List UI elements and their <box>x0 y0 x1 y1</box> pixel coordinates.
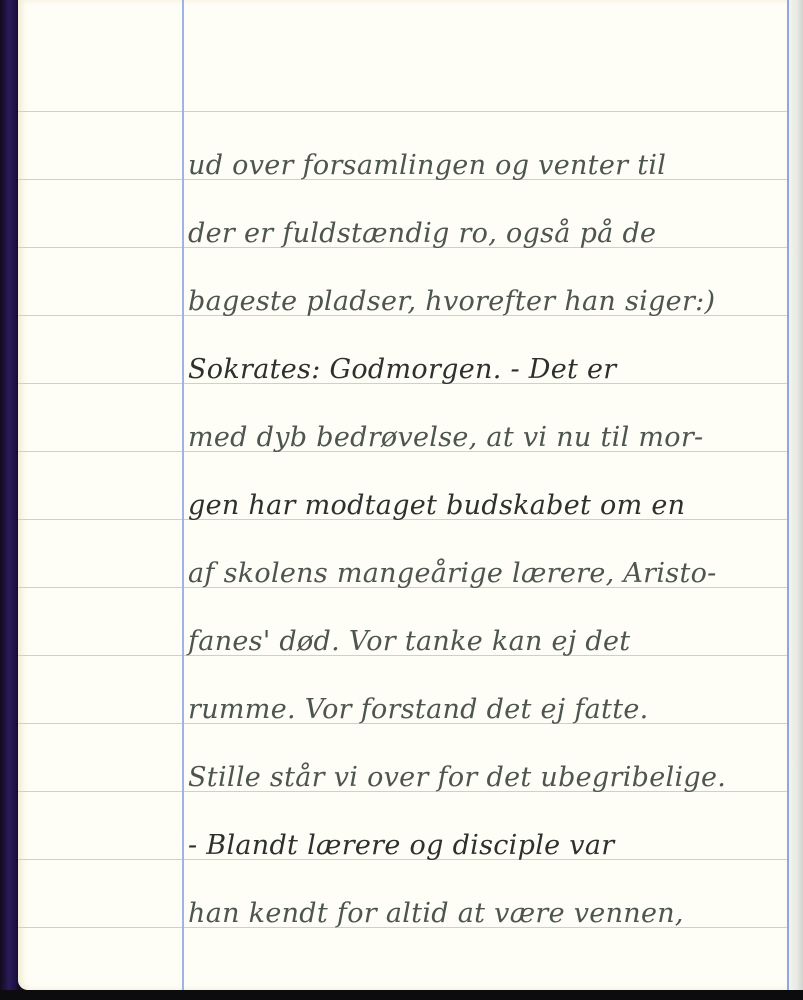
left-margin-line <box>182 0 184 990</box>
handwritten-line: han kendt for altid at være vennen, <box>188 894 793 934</box>
handwritten-line: - Blandt lærere og disciple var <box>188 826 793 866</box>
handwritten-line: rumme. Vor forstand det ej fatte. <box>188 690 793 730</box>
background-surface <box>0 990 803 1000</box>
ruled-line <box>18 111 803 112</box>
handwritten-line: af skolens mangeårige lærere, Aristo- <box>188 554 793 594</box>
handwritten-line: Sokrates: Godmorgen. - Det er <box>188 350 793 390</box>
handwritten-line: der er fuldstændig ro, også på de <box>188 214 793 254</box>
handwritten-line: bageste pladser, hvorefter han siger:) <box>188 282 793 322</box>
handwritten-line: fanes' død. Vor tanke kan ej det <box>188 622 793 662</box>
handwritten-line: ud over forsamlingen og venter til <box>188 146 793 186</box>
handwritten-line: med dyb bedrøvelse, at vi nu til mor- <box>188 418 793 458</box>
handwritten-line: Stille står vi over for det ubegribelige… <box>188 758 793 798</box>
handwritten-line: gen har modtaget budskabet om en <box>188 486 793 526</box>
notebook-binding <box>0 0 20 992</box>
